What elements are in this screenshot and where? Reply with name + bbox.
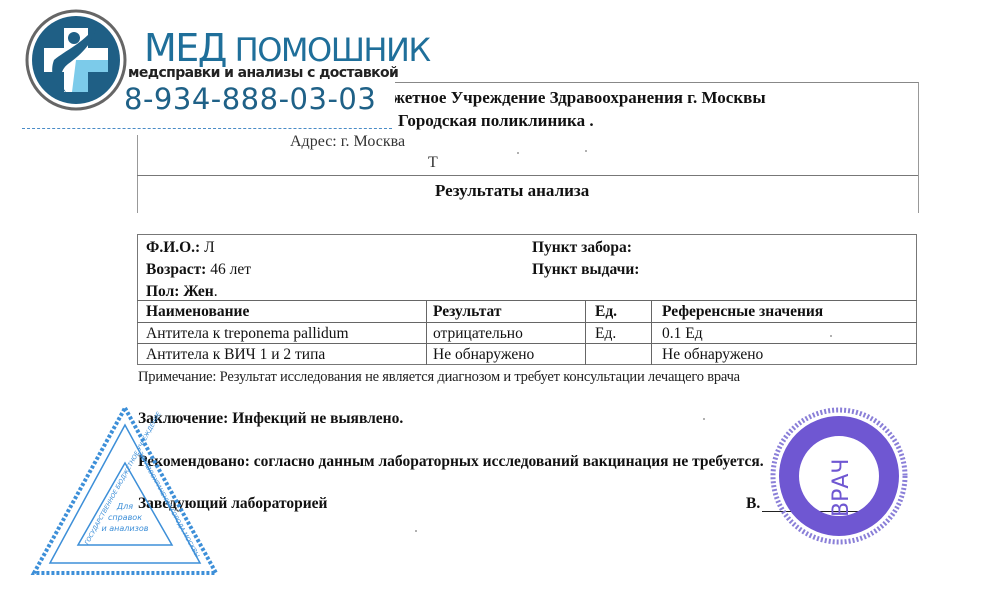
patient-name: Ф.И.О.: Л xyxy=(146,239,215,257)
column-header-unit: Ед. xyxy=(595,303,617,321)
logo-frame-line xyxy=(22,128,392,129)
scan-speck xyxy=(703,418,705,420)
table-cell: Не обнаружено xyxy=(662,346,763,364)
header-divider xyxy=(137,175,918,176)
svg-text:ВРАЧ: ВРАЧ xyxy=(829,459,854,518)
age-value: 46 лет xyxy=(210,261,251,278)
svg-text:и анализов: и анализов xyxy=(102,524,149,533)
patient-sex: Пол: Жен. xyxy=(146,283,218,301)
brand-phone: 8-934-888-03-03 xyxy=(124,82,376,116)
column-header-name: Наименование xyxy=(146,303,249,321)
table-cell: Антитела к treponema pallidum xyxy=(146,325,349,343)
table-divider xyxy=(137,300,917,301)
recommendation: Рекомендовано: согласно данным лаборатор… xyxy=(138,453,764,471)
triangle-stamp-icon: Для справок и анализов ГОСУДАРСТВЕННОЕ Б… xyxy=(30,405,220,580)
brand-name: МЕД ПОМОШНИК xyxy=(144,26,430,70)
table-cell: Не обнаружено xyxy=(433,346,534,364)
brand-part1: МЕД xyxy=(144,26,226,70)
svg-text:справок: справок xyxy=(108,513,142,522)
svg-text:ЗДРАВООХРАНЕНИЯ ГОРОДА МОСКВЫ: ЗДРАВООХРАНЕНИЯ ГОРОДА МОСКВЫ xyxy=(136,451,201,560)
phone-prefix: Т xyxy=(428,154,438,172)
brand-part2: ПОМОШНИК xyxy=(235,31,430,69)
scan-speck xyxy=(415,530,417,532)
institution-name-line1: джетное Учреждение Здравоохранения г. Мо… xyxy=(384,88,766,108)
table-divider xyxy=(137,343,917,344)
table-cell: Ед. xyxy=(595,325,616,343)
table-cell: Антитела к ВИЧ 1 и 2 типа xyxy=(146,346,325,364)
scan-speck xyxy=(517,152,519,154)
document-title: Результаты анализа xyxy=(435,181,589,201)
sex-suffix: . xyxy=(214,283,218,300)
sex-label: Пол: Жен xyxy=(146,283,214,300)
name-value: Л xyxy=(204,239,215,256)
column-header-result: Результат xyxy=(433,303,501,321)
name-label: Ф.И.О.: xyxy=(146,239,200,256)
svg-text:Для: Для xyxy=(116,502,133,511)
address: Адрес: г. Москва xyxy=(290,133,405,151)
issue-point-label: Пункт выдачи: xyxy=(532,261,639,278)
table-divider xyxy=(137,322,917,323)
column-divider xyxy=(426,300,427,365)
scan-speck xyxy=(585,150,587,152)
doctor-round-stamp-icon: ВРАЧ xyxy=(768,405,910,547)
patient-age: Возраст: 46 лет xyxy=(146,261,251,279)
medical-cross-person-icon xyxy=(24,8,128,112)
table-cell: 0.1 Ед xyxy=(662,325,703,343)
age-label: Возраст: xyxy=(146,261,206,278)
issue-point: Пункт выдачи: xyxy=(532,261,639,279)
column-header-reference: Референсные значения xyxy=(662,303,823,321)
collection-point-label: Пункт забора: xyxy=(532,239,632,256)
brand-tagline: медсправки и анализы с доставкой xyxy=(128,65,398,81)
collection-point: Пункт забора: xyxy=(532,239,632,257)
signature-initial: В. xyxy=(746,495,760,513)
institution-name-line2: Городская поликлиника . xyxy=(398,111,594,131)
disclaimer-note: Примечание: Результат исследования не яв… xyxy=(138,369,740,386)
column-divider xyxy=(651,300,652,365)
column-divider xyxy=(585,300,586,365)
table-cell: отрицательно xyxy=(433,325,523,343)
